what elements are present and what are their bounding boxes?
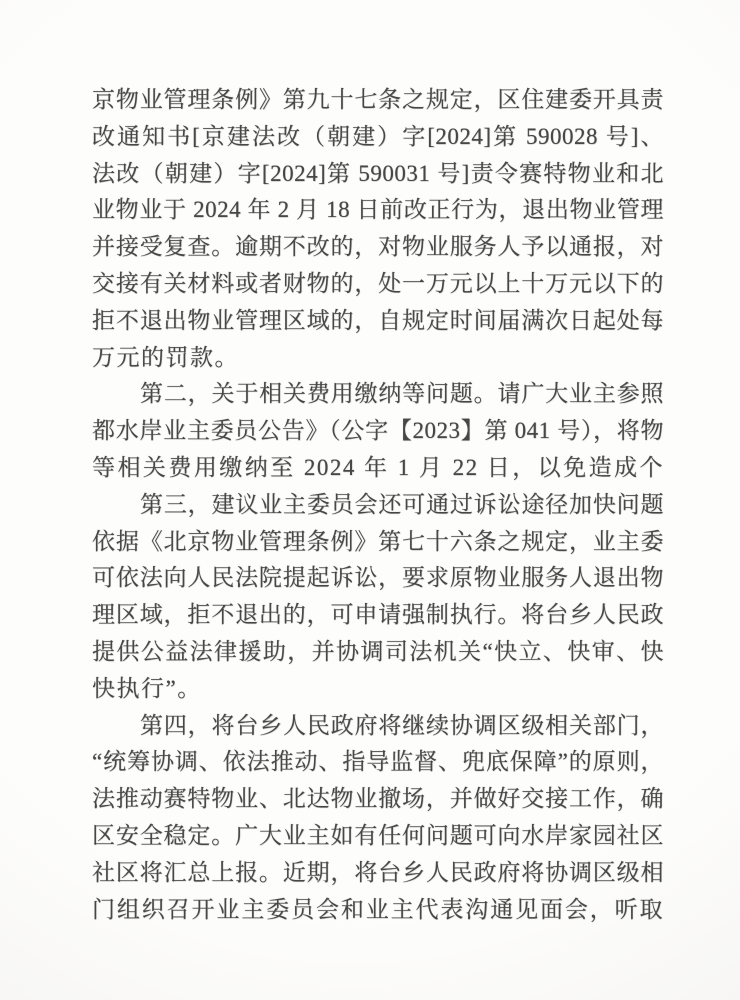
text-line: 法改（朝建）字[2024]第 590031 号]责令赛特物业和北达盛 (92, 156, 664, 193)
text-line: 门组织召开业主委员会和业主代表沟通见面会，听取诉求。 (92, 892, 664, 929)
text-line: 第三，建议业主委员会还可通过诉讼途径加快问题解决。 (92, 487, 664, 524)
text-line: 提供公益法律援助，并协调司法机关“快立、快审、快判、 (92, 634, 664, 671)
text-line: 交接有关材料或者财物的，处一万元以上十万元以下的罚款； (92, 266, 664, 303)
text-line: 法推动赛特物业、北达物业撤场，并做好交接工作，确保小 (92, 781, 664, 818)
scanned-document-page: 京物业管理条例》第九十七条之规定，区住建委开具责令整改通知书[京建法改（朝建）字… (0, 0, 740, 1000)
text-line: 依据《北京物业管理条例》第七十六条之规定，业主委员会 (92, 524, 664, 561)
text-line: 社区将汇总上报。近期，将台乡人民政府将协调区级相关部 (92, 855, 664, 892)
text-line: 万元的罚款。 (92, 340, 664, 377)
text-line: 第四，将台乡人民政府将继续协调区级相关部门，坚持 (92, 708, 664, 745)
text-line: 理区域，拒不退出的，可申请强制执行。将台乡人民政府将 (92, 597, 664, 634)
text-line: 可依法向人民法院提起诉讼，要求原物业服务人退出物业管 (92, 560, 664, 597)
text-line: 第二，关于相关费用缴纳等问题。请广大业主参照《丽 (92, 376, 664, 413)
text-line: 等相关费用缴纳至 2024 年 1 月 22 日，以免造成个人损失。 (92, 450, 664, 487)
text-line: 改通知书[京建法改（朝建）字[2024]第 590028 号]、[京建 (92, 119, 664, 156)
text-line: 并接受复查。逾期不改的，对物业服务人予以通报，对拒不 (92, 229, 664, 266)
text-line: 京物业管理条例》第九十七条之规定，区住建委开具责令整 (92, 82, 664, 119)
text-line: 区安全稳定。广大业主如有任何问题可向水岸家园社区反映， (92, 818, 664, 855)
text-line: “统筹协调、依法推动、指导监督、兜底保障”的原则，依 (92, 744, 664, 781)
text-line: 快执行”。 (92, 671, 664, 708)
text-line: 都水岸业主委员公告》（公字【2023】第 041 号），将物业费 (92, 413, 664, 450)
text-line: 拒不退出物业管理区域的，自规定时间届满次日起处每日一 (92, 303, 664, 340)
document-body: 京物业管理条例》第九十七条之规定，区住建委开具责令整改通知书[京建法改（朝建）字… (92, 82, 664, 928)
text-line: 业物业于 2024 年 2 月 18 日前改正行为，退出物业管理区域， (92, 192, 664, 229)
